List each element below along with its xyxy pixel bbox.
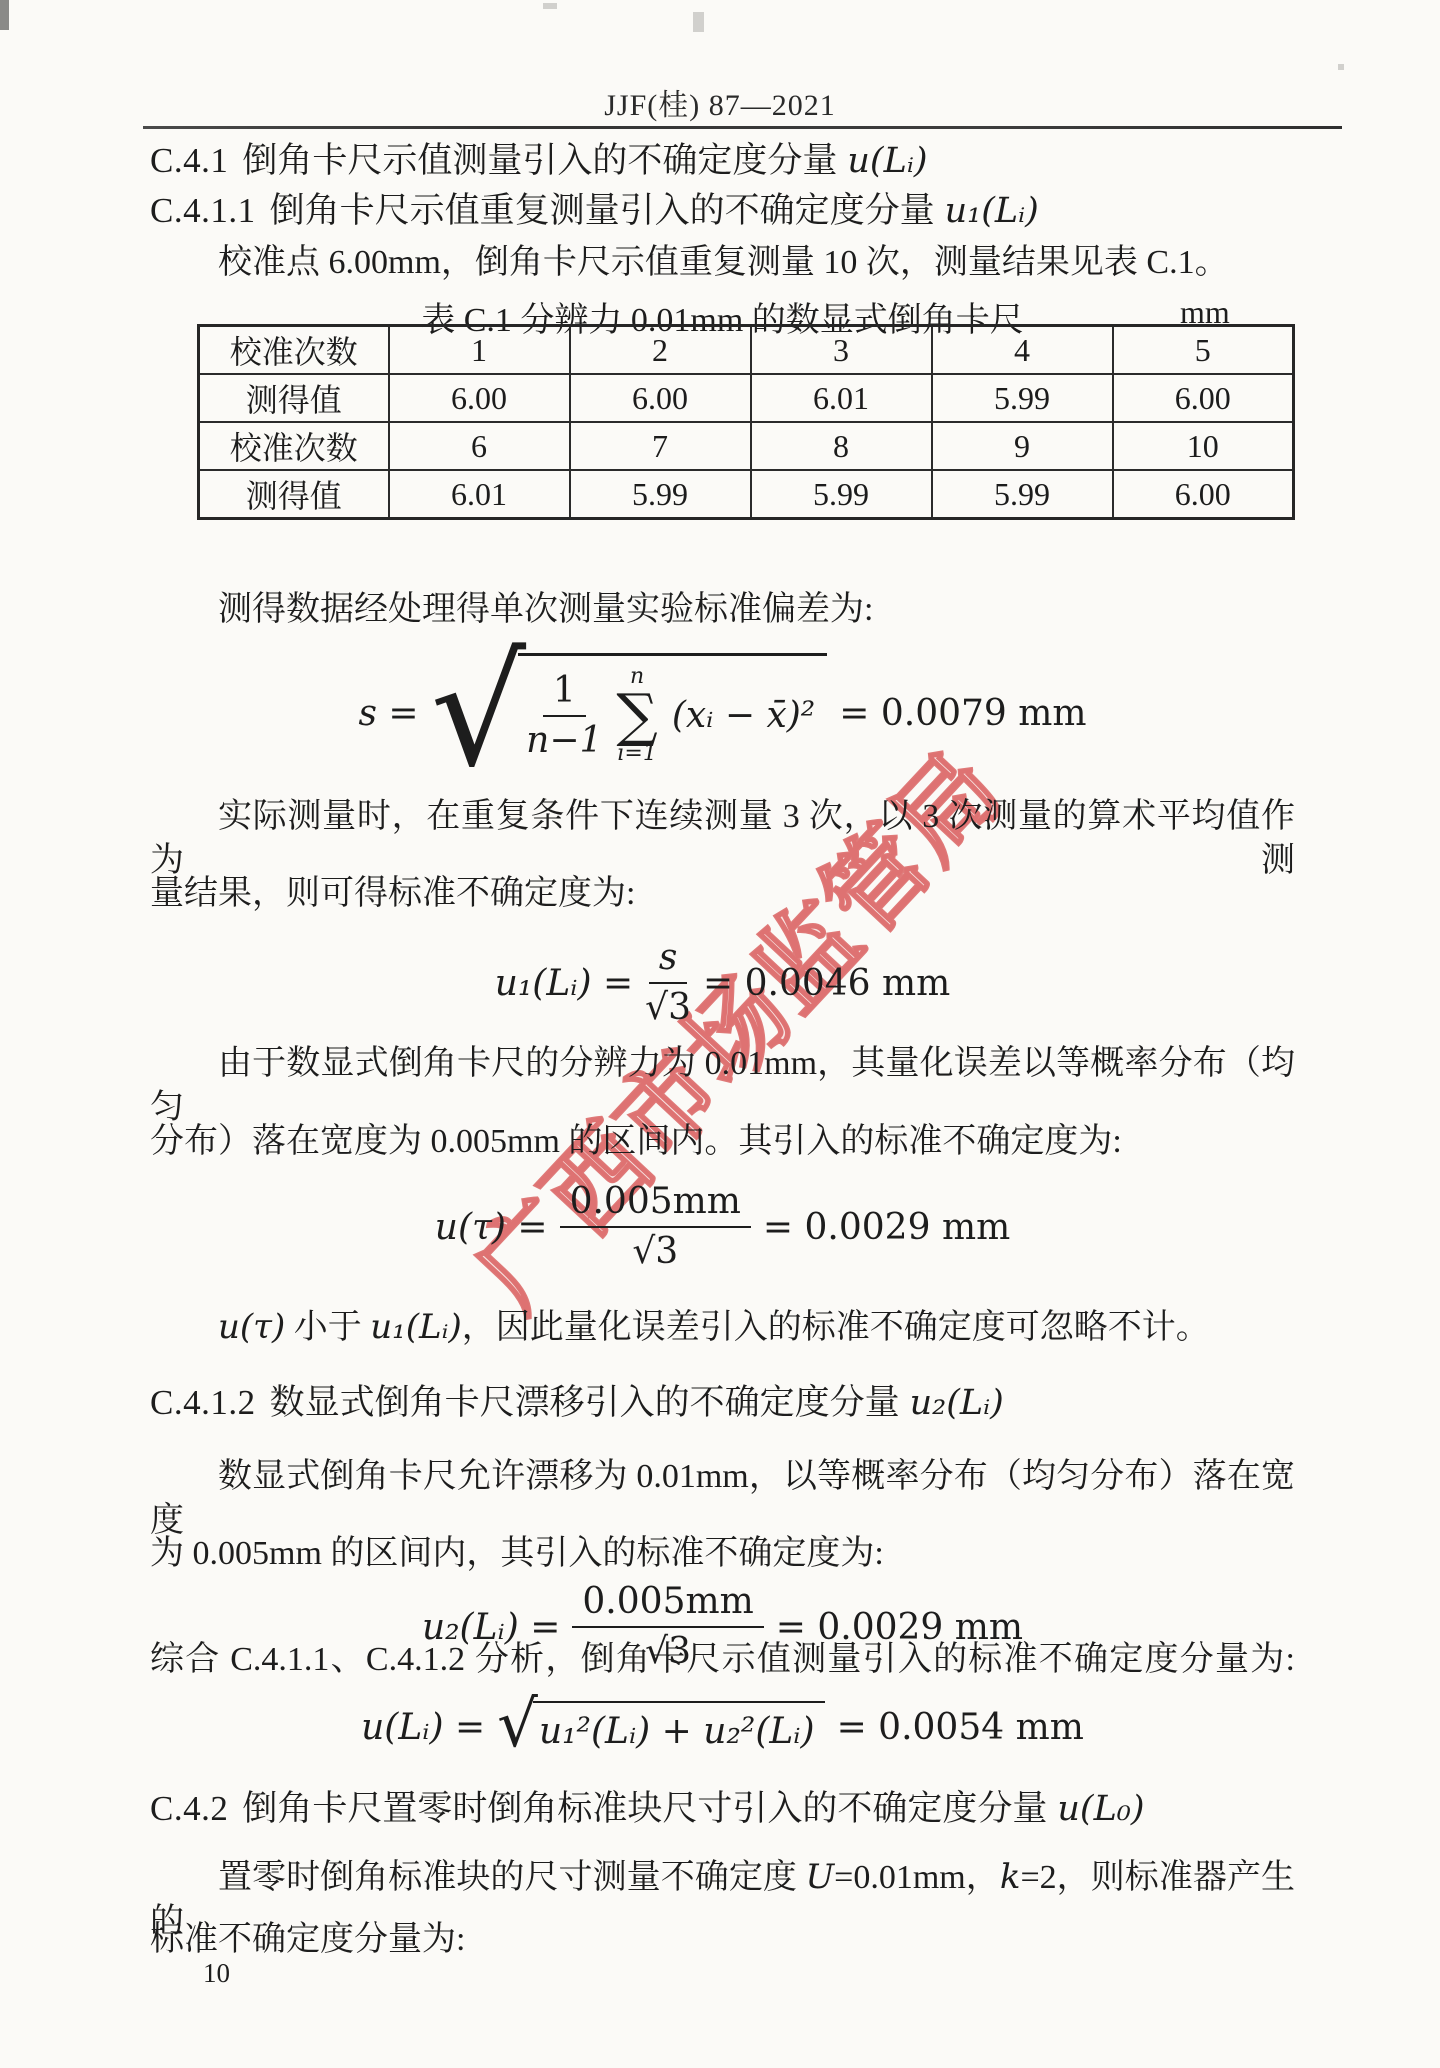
paragraph-drift-line1: 数显式倒角卡尺允许漂移为 0.01mm，以等概率分布（均匀分布）落在宽度	[150, 1455, 1295, 1543]
formula-body: (xᵢ − x̄)²	[672, 695, 815, 736]
table-row: 校准次数 1 2 3 4 5	[199, 326, 1294, 375]
table-cell: 校准次数	[199, 326, 389, 375]
heading-math: u(Lᵢ)	[847, 141, 927, 181]
formula-lhs: s =	[358, 693, 418, 734]
formula-lhs: u(Lᵢ) =	[361, 1707, 485, 1748]
table-cell: 7	[570, 422, 751, 470]
inline-text: ，因此量化误差引入的标准不确定度可忽略不计。	[462, 1309, 1210, 1346]
fraction-denominator: √3	[632, 1228, 678, 1272]
formula-result: = 0.0054 mm	[837, 1707, 1084, 1748]
fraction: s √3	[645, 938, 691, 1027]
measurement-table: 校准次数 1 2 3 4 5 测得值 6.00 6.00 6.01 5.99 6…	[197, 324, 1295, 520]
table-cell: 10	[1113, 422, 1294, 470]
inline-math: u(τ)	[218, 1307, 285, 1347]
formula-lhs: u₁(Lᵢ) =	[495, 963, 633, 1004]
paragraph-std-deviation: 测得数据经处理得单次测量实验标准偏差为:	[150, 588, 1295, 632]
fraction-denominator: n−1	[526, 717, 602, 761]
table-cell: 6	[389, 422, 570, 470]
scan-speck	[1338, 64, 1344, 70]
fraction: 1 n−1	[526, 671, 602, 760]
inline-text: 置零时倒角标准块的尺寸测量不确定度	[218, 1859, 805, 1896]
sum-lower-limit: i=1	[617, 743, 656, 765]
table-cell: 测得值	[199, 470, 389, 519]
formula-lhs: u(τ) =	[435, 1207, 548, 1248]
table-cell: 测得值	[199, 374, 389, 422]
page-number: 10	[203, 1958, 230, 1989]
heading-number: C.4.1	[150, 141, 228, 180]
formula-uLi: u(Lᵢ) = √ u₁²(Lᵢ) + u₂²(Lᵢ) = 0.0054 mm	[150, 1692, 1295, 1762]
table-cell: 校准次数	[199, 422, 389, 470]
fraction-denominator: √3	[645, 984, 691, 1028]
paragraph-resolution-line1: 由于数显式倒角卡尺的分辨力为 0.01mm，其量化误差以等概率分布（均匀	[150, 1042, 1295, 1130]
heading-c4-2: C.4.2倒角卡尺置零时倒角标准块尺寸引入的不确定度分量u(L₀)	[150, 1788, 1295, 1830]
fraction: 0.005mm √3	[560, 1182, 751, 1271]
paragraph-actual-line1: 实际测量时，在重复条件下连续测量 3 次，以 3 次测量的算术平均值作为测	[150, 795, 1295, 883]
paragraph-combine: 综合 C.4.1.1、C.4.1.2 分析，倒角卡尺示值测量引入的标准不确定度分…	[150, 1638, 1295, 1682]
header-rule	[143, 126, 1342, 129]
table-cell: 5.99	[751, 470, 932, 519]
heading-number: C.4.2	[150, 1789, 228, 1828]
paragraph-neglect: u(τ) 小于 u₁(Lᵢ)，因此量化误差引入的标准不确定度可忽略不计。	[150, 1305, 1295, 1350]
table-cell: 2	[570, 326, 751, 375]
fraction-numerator: 0.005mm	[560, 1182, 751, 1228]
scan-speck	[543, 3, 557, 9]
heading-math: u₂(Lᵢ)	[910, 1383, 1004, 1423]
table-cell: 1	[389, 326, 570, 375]
paragraph-actual-line2: 量结果，则可得标准不确定度为:	[150, 872, 1295, 916]
table-cell: 5.99	[570, 470, 751, 519]
radicand: u₁²(Lᵢ) + u₂²(Lᵢ)	[533, 1701, 825, 1754]
table-cell: 6.00	[1113, 470, 1294, 519]
paragraph-drift-line2: 为 0.005mm 的区间内，其引入的标准不确定度为:	[150, 1532, 1295, 1576]
radical-sign: √	[497, 1701, 538, 1751]
heading-number: C.4.1.2	[150, 1383, 256, 1422]
fraction-numerator: 0.005mm	[572, 1582, 763, 1628]
heading-c4-1-1: C.4.1.1倒角卡尺示值重复测量引入的不确定度分量u₁(Lᵢ)	[150, 190, 1295, 232]
table-cell: 5	[1113, 326, 1294, 375]
table-cell: 5.99	[932, 374, 1113, 422]
formula-u1: u₁(Lᵢ) = s √3 = 0.0046 mm	[150, 928, 1295, 1038]
formula-utau: u(τ) = 0.005mm √3 = 0.0029 mm	[150, 1172, 1295, 1282]
heading-c4-1-2: C.4.1.2数显式倒角卡尺漂移引入的不确定度分量u₂(Lᵢ)	[150, 1382, 1295, 1424]
table-cell: 5.99	[932, 470, 1113, 519]
scan-corner-artifact	[0, 0, 9, 30]
heading-title: 倒角卡尺置零时倒角标准块尺寸引入的不确定度分量	[242, 1789, 1047, 1828]
heading-math: u(L₀)	[1057, 1789, 1144, 1829]
formula-standard-deviation: s = √ 1 n−1 n ∑ i=1 (xᵢ − x̄)² = 0.0079 …	[150, 648, 1295, 778]
table-cell: 6.00	[570, 374, 751, 422]
formula-result: = 0.0029 mm	[763, 1207, 1010, 1248]
fraction-numerator: s	[649, 938, 687, 984]
scan-speck	[693, 12, 704, 32]
table-cell: 6.00	[389, 374, 570, 422]
table-cell: 3	[751, 326, 932, 375]
table-cell: 9	[932, 422, 1113, 470]
scanned-document-page: 广西市场监管局 JJF(桂) 87—2021 C.4.1倒角卡尺示值测量引入的不…	[0, 0, 1440, 2068]
heading-title: 倒角卡尺示值重复测量引入的不确定度分量	[270, 191, 935, 230]
table-cell: 4	[932, 326, 1113, 375]
document-code-header: JJF(桂) 87—2021	[0, 80, 1440, 124]
inline-math: u₁(Lᵢ)	[370, 1307, 461, 1347]
paragraph-zero-line2: 标准不确定度分量为:	[150, 1918, 1295, 1962]
sqrt-radical: √ 1 n−1 n ∑ i=1 (xᵢ − x̄)²	[431, 653, 828, 773]
heading-math: u₁(Lᵢ)	[945, 191, 1039, 231]
table-cell: 6.00	[1113, 374, 1294, 422]
sigma-symbol: ∑	[616, 688, 657, 743]
table-cell: 6.01	[389, 470, 570, 519]
table-row: 测得值 6.00 6.00 6.01 5.99 6.00	[199, 374, 1294, 422]
table-cell: 6.01	[751, 374, 932, 422]
fraction-numerator: 1	[543, 671, 586, 717]
heading-title: 倒角卡尺示值测量引入的不确定度分量	[242, 141, 837, 180]
inline-text: 小于	[285, 1309, 370, 1346]
formula-result: = 0.0079 mm	[839, 693, 1086, 734]
paragraph-calibration-point: 校准点 6.00mm，倒角卡尺示值重复测量 10 次，测量结果见表 C.1。	[150, 241, 1295, 285]
inline-text: =0.01mm，	[834, 1859, 1000, 1896]
radical-sign: √	[431, 653, 527, 773]
paragraph-resolution-line2: 分布）落在宽度为 0.005mm 的区间内。其引入的标准不确定度为:	[150, 1120, 1295, 1164]
table-cell: 8	[751, 422, 932, 470]
summation: n ∑ i=1	[616, 666, 657, 765]
sqrt-radical: √ u₁²(Lᵢ) + u₂²(Lᵢ)	[497, 1701, 824, 1754]
heading-number: C.4.1.1	[150, 191, 256, 230]
heading-c4-1: C.4.1倒角卡尺示值测量引入的不确定度分量u(Lᵢ)	[150, 140, 1295, 182]
table-row: 校准次数 6 7 8 9 10	[199, 422, 1294, 470]
heading-title: 数显式倒角卡尺漂移引入的不确定度分量	[270, 1383, 900, 1422]
table-row: 测得值 6.01 5.99 5.99 5.99 6.00	[199, 470, 1294, 519]
inline-math: U	[805, 1857, 834, 1897]
inline-math: k	[1000, 1857, 1021, 1897]
formula-result: = 0.0046 mm	[703, 963, 950, 1004]
